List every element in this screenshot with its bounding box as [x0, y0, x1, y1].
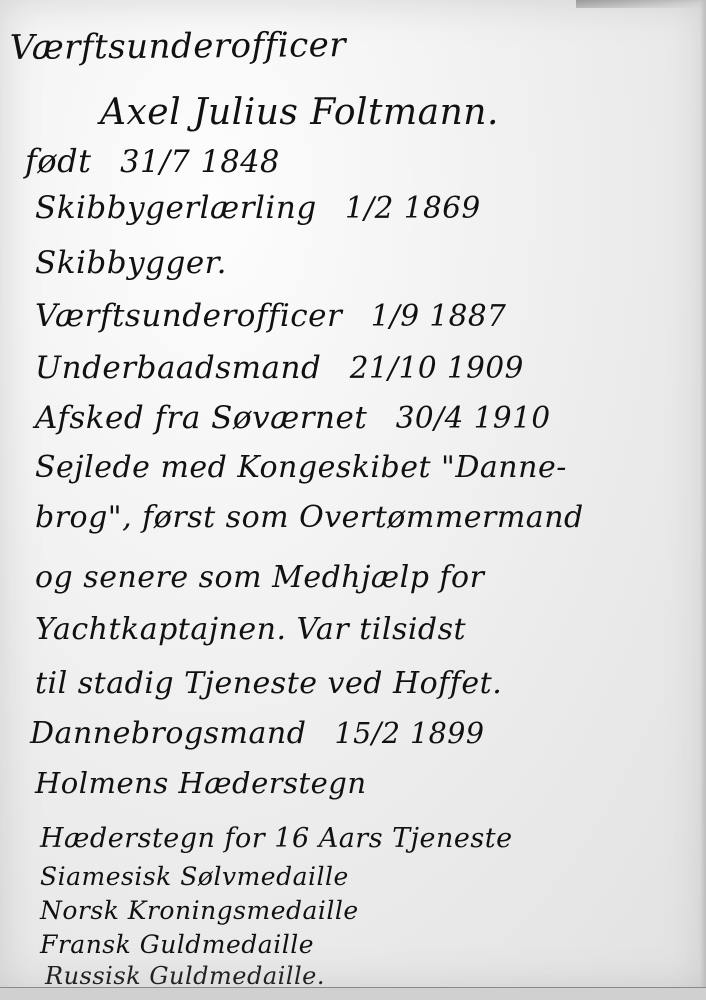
narrative-line: Yachtkaptajnen. Var tilsidst [35, 612, 466, 647]
career-text: Underbaadsmand [35, 350, 321, 386]
honor-text: Dannebrogsmand [30, 716, 306, 751]
honor-line: Siamesisk Sølvmedaille [40, 862, 349, 891]
career-date: 1/9 1887 [371, 299, 507, 333]
honor-line: Holmens Hæderstegn [35, 766, 367, 800]
paper-bottom-edge [0, 987, 706, 1000]
paper-right-edge [700, 0, 706, 990]
paper-top-edge [576, 0, 706, 8]
birth-label: født [25, 142, 91, 180]
career-date: 21/10 1909 [350, 351, 524, 385]
career-text: Skibbygerlærling [35, 190, 317, 226]
career-line: Værftsunderofficer 1/9 1887 [35, 298, 506, 334]
career-text: Afsked fra Søværnet [35, 400, 367, 436]
narrative-line: til stadig Tjeneste ved Hoffet. [35, 666, 502, 701]
honor-line: Russisk Guldmedaille. [45, 962, 325, 990]
career-text: Værftsunderofficer [35, 298, 342, 334]
narrative-line: og senere som Medhjælp for [35, 560, 484, 595]
honor-line: Hæderstegn for 16 Aars Tjeneste [40, 823, 513, 854]
career-line: Skibbygerlærling 1/2 1869 [35, 190, 481, 226]
career-date: 30/4 1910 [396, 401, 551, 435]
career-line: Underbaadsmand 21/10 1909 [35, 350, 524, 386]
career-line: Skibbygger. [35, 245, 227, 281]
honor-line: Dannebrogsmand 15/2 1899 [30, 716, 485, 751]
career-line: Afsked fra Søværnet 30/4 1910 [35, 400, 551, 436]
career-text: Skibbygger. [35, 245, 227, 281]
honor-line: Norsk Kroningsmedaille [40, 896, 359, 925]
birth-date: 31/7 1848 [120, 145, 280, 180]
person-name: Axel Julius Foltmann. [100, 92, 499, 133]
handwritten-document-page: Værftsunderofficer Axel Julius Foltmann.… [0, 0, 706, 990]
document-title: Værftsunderofficer [10, 25, 347, 68]
narrative-line: Sejlede med Kongeskibet "Danne- [35, 450, 567, 485]
narrative-line: brog", først som Overtømmermand [35, 500, 584, 535]
birth-line: født 31/7 1848 [25, 142, 280, 180]
honor-line: Fransk Guldmedaille [40, 930, 314, 959]
honor-date: 15/2 1899 [334, 717, 484, 750]
career-date: 1/2 1869 [345, 191, 481, 225]
